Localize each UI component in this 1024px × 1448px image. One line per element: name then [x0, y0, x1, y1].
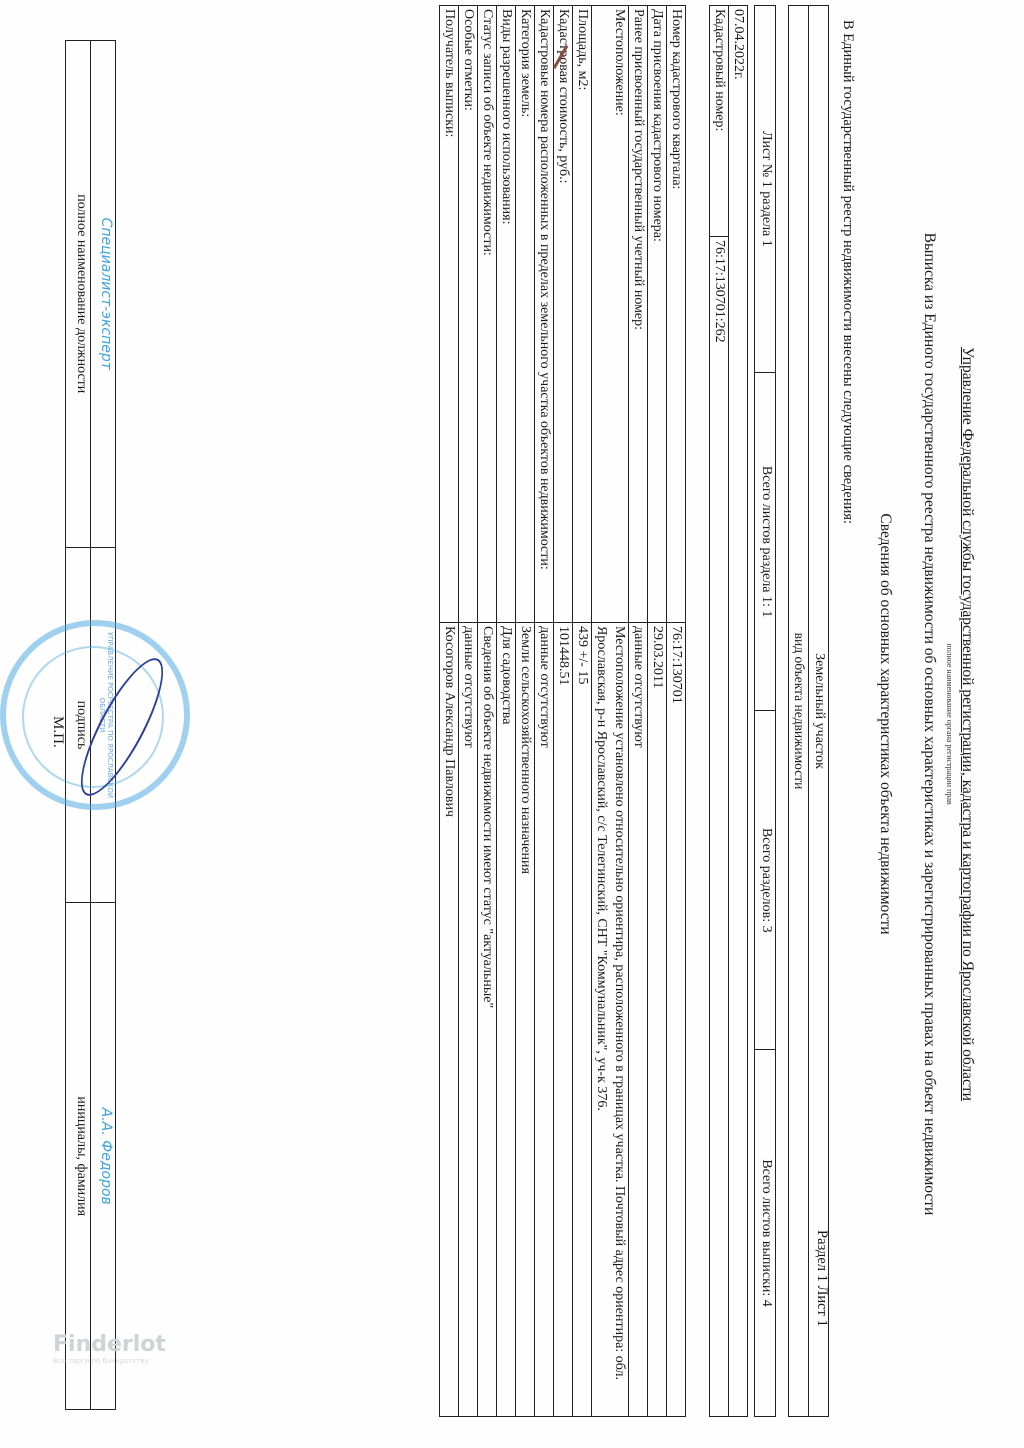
row-value: Для садоводства — [497, 623, 516, 1417]
row-label: Дата присвоения кадастрового номера: — [648, 6, 667, 623]
watermark-tagline: Все торги по банкротству — [53, 1357, 213, 1365]
organization-title: Управление Федеральной службы государств… — [958, 0, 976, 1448]
row-value: Косогоров Александр Павлович — [440, 623, 459, 1417]
row-label: Площадь, м2: — [573, 6, 592, 623]
cadastral-number-label: Кадастровый номер: — [710, 6, 729, 237]
intro-text: В Единый государственный реестр недвижим… — [839, 20, 856, 524]
table-row: Статус записи об объекте недвижимости:Св… — [478, 6, 497, 1417]
table-row: Кадастровые номера расположенных в преде… — [535, 6, 554, 1417]
document-page: Управление Федеральной службы государств… — [0, 0, 1024, 1448]
row-value: 439 +/- 15 — [573, 623, 592, 1417]
position-handwritten: Специалист-эксперт — [91, 41, 116, 548]
table-row: Местоположение:Местоположение установлен… — [592, 6, 629, 1417]
row-value: 29.03.2011 — [648, 623, 667, 1417]
table-row: Номер кадастрового квартала:76:17:130701 — [667, 6, 686, 1417]
cadastral-number-value: 76:17:130701:262 — [710, 237, 729, 1417]
watermark: Finderlot Все торги по банкротству — [3, 1372, 163, 1442]
row-label: Виды разрешенного использования: — [497, 6, 516, 623]
table-row: Особые отметки:данные отсутствуют — [459, 6, 478, 1417]
extract-date: 07.04.2022г. — [729, 6, 748, 1417]
table-row: Ранее присвоенный государственный учетны… — [629, 6, 648, 1417]
row-label: Местоположение: — [592, 6, 629, 623]
row-label: Ранее присвоенный государственный учетны… — [629, 6, 648, 623]
row-value: данные отсутствуют — [459, 623, 478, 1417]
table-row: Получатель выписки:Косогоров Александр П… — [440, 6, 459, 1417]
row-value: данные отсутствуют — [535, 623, 554, 1417]
watermark-brand: Finderlot — [53, 1332, 213, 1357]
row-value: Земли сельскохозяйственного назначения — [516, 623, 535, 1417]
organization-caption: полное наименование органа регистрации п… — [945, 0, 954, 1448]
sheet-number: Лист № 1 раздела 1 — [755, 6, 776, 373]
characteristics-table: Номер кадастрового квартала:76:17:130701… — [439, 5, 686, 1417]
total-section-sheets: Всего листов раздела 1: 1 — [755, 372, 776, 711]
row-label: Статус записи об объекте недвижимости: — [478, 6, 497, 623]
document-title: Выписка из Единого государственного реес… — [920, 0, 938, 1448]
document-subtitle: Сведения об основных характеристиках объ… — [876, 0, 894, 1448]
total-extract-sheets: Всего листов выписки: 4 — [755, 1050, 776, 1417]
object-kind-caption: вид объекта недвижимости — [789, 6, 809, 1417]
row-label: Номер кадастрового квартала: — [667, 6, 686, 623]
row-value: 76:17:130701 — [667, 623, 686, 1417]
table-row: Площадь, м2:439 +/- 15 — [573, 6, 592, 1417]
row-label: Особые отметки: — [459, 6, 478, 623]
row-value: Местоположение установлено относительно … — [592, 623, 629, 1417]
sheets-table: Лист № 1 раздела 1 Всего листов раздела … — [754, 5, 776, 1417]
stamp-caption: М.П. — [49, 716, 66, 748]
object-kind-table: Земельный участок вид объекта недвижимос… — [788, 5, 829, 1417]
row-label: Кадастровые номера расположенных в преде… — [535, 6, 554, 623]
row-label: Категория земель: — [516, 6, 535, 623]
position-caption: полное наименование должности — [66, 41, 91, 548]
row-label: Кадастровая стоимость, руб.: — [554, 6, 573, 623]
table-row: Категория земель:Земли сельскохозяйствен… — [516, 6, 535, 1417]
row-value: 101448.51 — [554, 623, 573, 1417]
table-row: Дата присвоения кадастрового номера:29.0… — [648, 6, 667, 1417]
row-value: данные отсутствуют — [629, 623, 648, 1417]
object-kind-value: Земельный участок — [809, 6, 829, 1417]
row-value: Сведения об объекте недвижимости имеют с… — [478, 623, 497, 1417]
total-sections: Всего разделов: 3 — [755, 711, 776, 1050]
row-label: Получатель выписки: — [440, 6, 459, 623]
table-row: Виды разрешенного использования:Для садо… — [497, 6, 516, 1417]
head-table: 07.04.2022г. Кадастровый номер: 76:17:13… — [709, 5, 748, 1417]
table-row: Кадастровая стоимость, руб.:101448.51 — [554, 6, 573, 1417]
